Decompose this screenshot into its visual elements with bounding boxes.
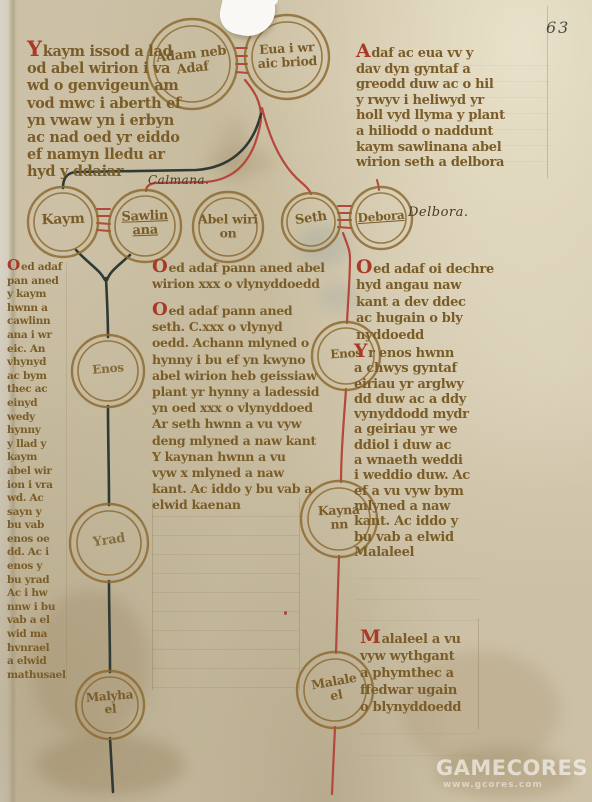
paragraph-top-right: Adaf ac eua vv y dav dyn gyntaf a greodd…	[356, 42, 546, 171]
paragraph-text: ed adaf oi dechre hyd angau naw kant a d…	[356, 262, 494, 343]
paragraph-right-3: Malaleel a vu vyw wythgant a phymthec a …	[360, 628, 495, 716]
roundel-abel-wirion: Abel wiri on	[198, 213, 258, 240]
red-initial: M	[360, 626, 381, 648]
roundel-enos-left: Enos	[92, 361, 124, 377]
roundel-kaym: Kaym	[41, 212, 85, 229]
paragraph-right-1: Oed adaf oi dechre hyd angau naw kant a …	[356, 258, 496, 344]
manuscript-page: Adam neb Adaf Eua i wr aic briod Kaym Sa…	[0, 0, 592, 802]
roundel-eva: Eua i wr aic briod	[257, 40, 318, 70]
paragraph-right-2: Yr enos hwnn a chwys gyntaf eiriau yr ar…	[354, 342, 494, 560]
paragraph-text: ed adaf pann aned abel wirion xxx o vlyn…	[152, 260, 325, 291]
red-initial: O	[356, 256, 372, 278]
red-initial: O	[7, 256, 20, 274]
paragraph-middle-1: Oed adaf pann aned abel wirion xxx o vly…	[152, 258, 347, 291]
roundel-sawlinana: Sawlin ana	[121, 209, 168, 239]
branch-debora-tick	[377, 180, 379, 190]
red-initial: O	[152, 299, 167, 320]
red-initial: O	[152, 256, 167, 277]
paragraph-text: ed adaf pann aned seth. C.xxx o vlynyd o…	[152, 303, 319, 512]
red-initial: A	[356, 40, 370, 62]
watermark-logo-text: GAMECORES	[436, 758, 588, 779]
red-initial: Y	[27, 36, 42, 61]
paragraph-text: ed adaf pan aned y kaym hwnn a cawlinn a…	[7, 261, 66, 681]
branch-seth-line	[262, 108, 311, 194]
watermark-url: www.gcores.com	[443, 780, 588, 790]
roundel-malyhael: Malyha el	[86, 688, 135, 717]
paragraph-text: daf ac eua vv y dav dyn gyntaf a greodd …	[356, 46, 505, 170]
stem-line	[245, 80, 261, 118]
watermark: GAMECORES www.gcores.com	[436, 758, 588, 790]
annotation-delbora: Delbora.	[408, 205, 469, 220]
paragraph-middle-2: Oed adaf pann aned seth. C.xxx o vlynyd …	[152, 301, 352, 514]
red-initial: Y	[354, 340, 367, 362]
paragraph-top-left: Ykaym issod a lad od abel wirion i va wd…	[27, 38, 227, 181]
page-number: 63	[546, 18, 570, 37]
paragraph-text: r enos hwnn a chwys gyntaf eiriau yr arg…	[354, 346, 470, 560]
paragraph-left-column: Oed adaf pan aned y kaym hwnn a cawlinn …	[7, 258, 69, 682]
paragraph-text: kaym issod a lad od abel wirion i va wd …	[27, 43, 181, 180]
